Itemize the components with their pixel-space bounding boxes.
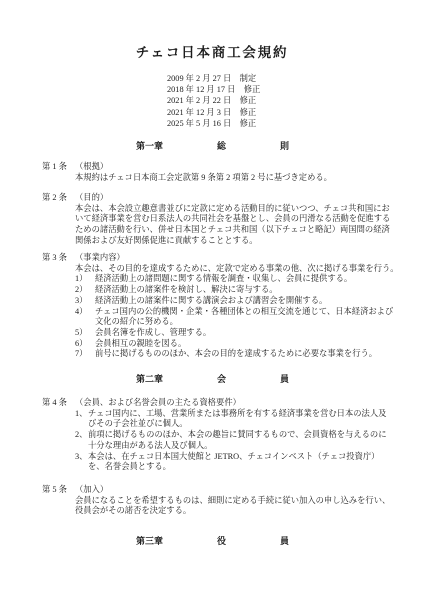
item-line: 本会は、在チェコ日本国大使館と JETRO、チェコインベスト（チェコ投資庁） <box>88 452 379 461</box>
item-line: 経済活動上の諸案件を検討し、解決に寄与する。 <box>95 285 278 294</box>
body-line: 本規約はチェコ日本商工会定款第 9 条第 2 項第 2 号に基づき定める。 <box>75 173 410 184</box>
item-line: チェコ国内に、工場、営業所または事務所を有する経済事業を営む日本の法人及 <box>88 409 386 418</box>
revision-history: 2009 年 2 月 27 日 制定 2018 年 12 月 17 日 修正 2… <box>167 73 260 129</box>
article-body: （会員、および名誉会員の主たる資格要件） 1、チェコ国内に、工場、営業所または事… <box>75 398 410 473</box>
chapter-number: 第二章 <box>136 374 163 385</box>
item-line: 前項に掲げるもののほか、本会の趣旨に賛同するもので、会員資格を与えるのに <box>88 430 387 439</box>
list-item: 3）経済活動上の諸案件に関する講演会および講習会を開催する。 <box>75 296 410 307</box>
item-marker: 1、 <box>75 409 88 420</box>
article-body: （事業内容） 本会は、その目的を達成するために、定款で定める事業の他、次に掲げる… <box>75 253 410 360</box>
list-item: 1、チェコ国内に、工場、営業所または事務所を有する経済事業を営む日本の法人及 <box>75 409 410 420</box>
article-heading: （事業内容） <box>75 253 410 264</box>
list-item: 2）経済活動上の諸案件を検討し、解決に寄与する。 <box>75 285 410 296</box>
chapter-title-char: 役 <box>217 536 226 547</box>
chapter-title-char: 総 <box>217 141 226 152</box>
article-body: （目的） 本会は、本会設立趣意書並びに定款に定める活動目的に従いつつ、チェコ共和… <box>75 193 410 247</box>
chapter-title-char: 員 <box>280 536 289 547</box>
article-heading: （会員、および名誉会員の主たる資格要件） <box>75 398 410 409</box>
revision-line: 2021 年 2 月 22 日 修正 <box>167 95 260 106</box>
body-line: ための諸活動を行い、併せ日本国とチェコ共和国（以下チェコと略記）両国間の経済 <box>75 225 410 236</box>
article-4: 第 4 条 （会員、および名誉会員の主たる資格要件） 1、チェコ国内に、工場、営… <box>0 398 424 473</box>
revision-line: 2018 年 12 月 17 日 修正 <box>167 84 260 95</box>
body-line: 会員になることを希望するものは、細則に定める手続に従い加入の申し込みを行い、 <box>75 496 410 507</box>
document-title: チェコ日本商工会規約 <box>0 45 424 61</box>
item-marker: 2、 <box>75 430 88 441</box>
item-marker: 2） <box>75 285 95 296</box>
chapter-number: 第三章 <box>136 536 163 547</box>
list-item: 1）経済活動上の諸問題に関する情報を調査・収集し、会員に提供する。 <box>75 274 410 285</box>
article-label: 第 4 条 <box>42 398 67 409</box>
revision-line: 2009 年 2 月 27 日 制定 <box>167 73 260 84</box>
item-continuation: 十分な理由がある法人及び個人。 <box>88 441 410 452</box>
article-body: （加入） 会員になることを希望するものは、細則に定める手続に従い加入の申し込みを… <box>75 485 410 517</box>
article-label: 第 3 条 <box>42 253 67 264</box>
chapter-title-char: 会 <box>217 374 226 385</box>
body-line: 本会は、本会設立趣意書並びに定款に定める活動目的に従いつつ、チェコ共和国にお <box>75 204 410 215</box>
chapter-heading-2: 第二章 会 員 <box>136 374 289 385</box>
chapter-title-char: 則 <box>280 141 289 152</box>
item-marker: 3） <box>75 296 95 307</box>
item-line: 会員相互の親睦を図る。 <box>95 339 186 348</box>
article-heading: （目的） <box>75 193 410 204</box>
item-line: 経済活動上の諸問題に関する情報を調査・収集し、会員に提供する。 <box>95 274 352 283</box>
item-continuation: を、名誉会員とする。 <box>88 462 410 473</box>
list-item: 6）会員相互の親睦を図る。 <box>75 339 410 350</box>
revision-line: 2021 年 12 月 3 日 修正 <box>167 107 260 118</box>
item-marker: 6） <box>75 339 95 350</box>
item-marker: 4） <box>75 307 95 318</box>
article-2: 第 2 条 （目的） 本会は、本会設立趣意書並びに定款に定める活動目的に従いつつ… <box>0 193 424 247</box>
item-marker: 7） <box>75 349 95 360</box>
document-page: チェコ日本商工会規約 2009 年 2 月 27 日 制定 2018 年 12 … <box>0 0 424 600</box>
list-item: 4）チェコ国内の公的機関・企業・各種団体との相互交流を通じて、日本経済および <box>75 307 410 318</box>
article-label: 第 2 条 <box>42 193 67 204</box>
item-line: 会員名簿を作成し、管理する。 <box>95 328 211 337</box>
chapter-number: 第一章 <box>136 141 163 152</box>
item-marker: 3、 <box>75 452 88 463</box>
item-continuation: 文化の紹介に努める。 <box>95 317 410 328</box>
article-label: 第 1 条 <box>42 162 67 173</box>
list-item: 2、前項に掲げるもののほか、本会の趣旨に賛同するもので、会員資格を与えるのに <box>75 430 410 441</box>
article-heading: （根拠） <box>75 162 410 173</box>
item-marker: 1） <box>75 274 95 285</box>
article-label: 第 5 条 <box>42 485 67 496</box>
item-marker: 5） <box>75 328 95 339</box>
item-line: チェコ国内の公的機関・企業・各種団体との相互交流を通じて、日本経済および <box>95 307 393 316</box>
item-continuation: びその子会社並びに個人。 <box>88 419 410 430</box>
list-item: 7）前号に掲げるもののほか、本会の目的を達成するために必要な事業を行う。 <box>75 349 410 360</box>
article-body: （根拠） 本規約はチェコ日本商工会定款第 9 条第 2 項第 2 号に基づき定め… <box>75 162 410 183</box>
body-line: 関係および友好関係促進に貢献することとする。 <box>75 236 410 247</box>
article-heading: （加入） <box>75 485 410 496</box>
body-line: 役員会がその諾否を決定する。 <box>75 506 410 517</box>
chapter-title-char: 員 <box>280 374 289 385</box>
article-1: 第 1 条 （根拠） 本規約はチェコ日本商工会定款第 9 条第 2 項第 2 号… <box>0 162 424 183</box>
body-line: いて経済事業を営む日系法人の共同社会を基盤とし、会員の円滑なる活動を促進する <box>75 214 410 225</box>
chapter-heading-3: 第三章 役 員 <box>136 536 289 547</box>
body-line: 本会は、その目的を達成するために、定款で定める事業の他、次に掲げる事業を行う。 <box>75 264 410 275</box>
list-item: 5）会員名簿を作成し、管理する。 <box>75 328 410 339</box>
chapter-heading-1: 第一章 総 則 <box>136 141 289 152</box>
item-line: 経済活動上の諸案件に関する講演会および講習会を開催する。 <box>95 296 327 305</box>
list-item: 3、本会は、在チェコ日本国大使館と JETRO、チェコインベスト（チェコ投資庁） <box>75 452 410 463</box>
revision-line: 2025 年 5 月 16 日 修正 <box>167 118 260 129</box>
article-5: 第 5 条 （加入） 会員になることを希望するものは、細則に定める手続に従い加入… <box>0 485 424 517</box>
item-line: 前号に掲げるもののほか、本会の目的を達成するために必要な事業を行う。 <box>95 349 377 358</box>
article-3: 第 3 条 （事業内容） 本会は、その目的を達成するために、定款で定める事業の他… <box>0 253 424 360</box>
